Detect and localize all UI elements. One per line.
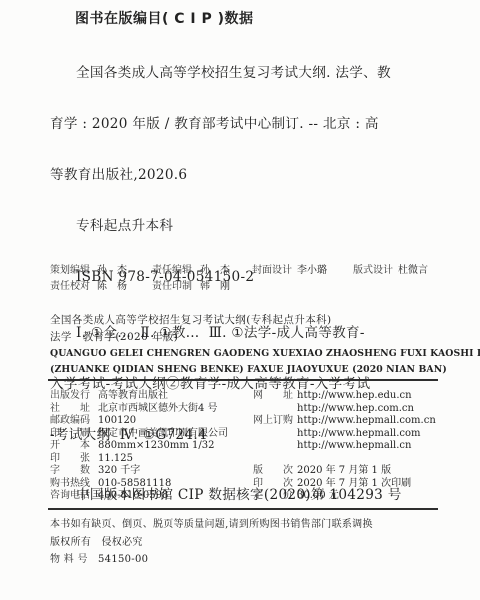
colophon-value: 100120 bbox=[98, 415, 136, 426]
colophon-row: 网上订购http://www.hepmall.com.cn bbox=[253, 415, 443, 428]
book-copyright-page: 图书在版编目( C I P )数据 全国各类成人高等学校招生复习考试大纲. 法学… bbox=[0, 0, 480, 600]
credit-name: 孙 杰 bbox=[200, 261, 230, 276]
colophon-value: 高等教育出版社 bbox=[98, 390, 168, 401]
colophon-row: 出版发行高等教育出版社 bbox=[50, 390, 250, 403]
cip-header: 图书在版编目( C I P )数据 bbox=[75, 8, 254, 28]
credit-label: 责任印制 bbox=[152, 277, 192, 292]
colophon-label: 咨询电话 bbox=[50, 490, 96, 503]
colophon-value: 11.125 bbox=[98, 453, 133, 464]
colophon-row: 印 刷保定市中画美凯印刷有限公司 bbox=[50, 428, 250, 441]
colophon-row bbox=[253, 453, 443, 466]
colophon-value: 2020 年 7 月第 1 次印刷 bbox=[297, 478, 411, 489]
divider-top bbox=[48, 379, 438, 381]
book-subtitle-cn: 法学 教育学(2020 年版) bbox=[50, 329, 445, 346]
colophon-value: http://www.hep.edu.cn bbox=[297, 390, 412, 401]
divider-bottom bbox=[48, 508, 438, 510]
credit-name: 李小璐 bbox=[297, 261, 327, 276]
colophon-right-column: 网 址http://www.hep.edu.cn http://www.hep.… bbox=[253, 390, 443, 503]
material-number-label: 物 料 号 bbox=[50, 550, 96, 565]
editors-credits: 策划编辑 孙 杰 责任编辑 孙 杰 封面设计 李小璐 版式设计 杜微言 责任校对… bbox=[50, 261, 445, 293]
colophon-row: 版 次2020 年 7 月第 1 版 bbox=[253, 465, 443, 478]
colophon-value: 320 千字 bbox=[98, 465, 140, 476]
colophon-value: 010-58581118 bbox=[98, 478, 171, 489]
colophon-value: http://www.hep.com.cn bbox=[297, 403, 414, 414]
credit-label: 责任校对 bbox=[50, 277, 90, 292]
colophon-value: http://www.hepmall.com bbox=[297, 428, 421, 439]
colophon-label: 出版发行 bbox=[50, 390, 96, 403]
book-title-cn: 全国各类成人高等学校招生复习考试大纲(专科起点升本科) bbox=[50, 312, 445, 329]
colophon-row: 开 本880mm×1230mm 1/32 bbox=[50, 440, 250, 453]
colophon-label: 邮政编码 bbox=[50, 415, 96, 428]
colophon-value: 保定市中画美凯印刷有限公司 bbox=[98, 428, 228, 439]
credit-name: 杜微言 bbox=[398, 261, 428, 276]
colophon-label: 开 本 bbox=[50, 440, 96, 453]
book-title-block: 全国各类成人高等学校招生复习考试大纲(专科起点升本科) 法学 教育学(2020 … bbox=[50, 312, 445, 377]
cip-line: 专科起点升本科 bbox=[50, 218, 438, 235]
colophon-label: 字 数 bbox=[50, 465, 96, 478]
colophon-value: http://www.hepmall.cn bbox=[297, 440, 411, 451]
colophon-row: 定 价30.00 元 bbox=[253, 490, 443, 503]
colophon-value: 北京市西城区德外大街4 号 bbox=[98, 403, 218, 414]
colophon-row: 印 张11.125 bbox=[50, 453, 250, 466]
colophon-label: 网 址 bbox=[253, 390, 295, 403]
colophon-row: http://www.hepmall.cn bbox=[253, 440, 443, 453]
credit-name: 韩 刚 bbox=[200, 277, 230, 292]
colophon-value: 400-810-0598 bbox=[98, 490, 168, 501]
copyright-notice: 版权所有 侵权必究 bbox=[50, 533, 143, 548]
credit-label: 责任编辑 bbox=[152, 261, 192, 276]
cip-line: 全国各类成人高等学校招生复习考试大纲. 法学、教 bbox=[50, 65, 438, 82]
colophon-label: 印 次 bbox=[253, 478, 295, 491]
credit-name: 孙 杰 bbox=[97, 261, 127, 276]
colophon-label: 购书热线 bbox=[50, 478, 96, 491]
material-number-value: 54150-00 bbox=[98, 554, 148, 565]
book-title-pinyin: QUANGUO GELEI CHENGREN GAODENG XUEXIAO Z… bbox=[50, 346, 445, 362]
colophon-value: 2020 年 7 月第 1 版 bbox=[297, 465, 391, 476]
colophon-label: 定 价 bbox=[253, 490, 295, 503]
book-subtitle-pinyin: (ZHUANKE QIDIAN SHENG BENKE) FAXUE JIAOY… bbox=[50, 362, 445, 378]
colophon-row: http://www.hep.com.cn bbox=[253, 403, 443, 416]
credit-label: 策划编辑 bbox=[50, 261, 90, 276]
colophon-row: 邮政编码100120 bbox=[50, 415, 250, 428]
cip-line: 等教育出版社,2020.6 bbox=[50, 167, 438, 184]
colophon-row: 印 次2020 年 7 月第 1 次印刷 bbox=[253, 478, 443, 491]
colophon-row: 咨询电话400-810-0598 bbox=[50, 490, 250, 503]
colophon-label: 印 刷 bbox=[50, 428, 96, 441]
colophon-value: 880mm×1230mm 1/32 bbox=[98, 440, 214, 451]
colophon-row: 网 址http://www.hep.edu.cn bbox=[253, 390, 443, 403]
colophon-label: 网上订购 bbox=[253, 415, 295, 428]
colophon-label: 版 次 bbox=[253, 465, 295, 478]
colophon-row: http://www.hepmall.com bbox=[253, 428, 443, 441]
material-number-row: 物 料 号54150-00 bbox=[50, 550, 148, 565]
colophon-left-column: 出版发行高等教育出版社 社 址北京市西城区德外大街4 号 邮政编码100120 … bbox=[50, 390, 250, 503]
credit-name: 陈 杨 bbox=[97, 277, 127, 292]
credit-label: 封面设计 bbox=[252, 261, 292, 276]
colophon-value: 30.00 元 bbox=[297, 490, 339, 501]
colophon-row: 社 址北京市西城区德外大街4 号 bbox=[50, 403, 250, 416]
quality-note: 本书如有缺页、倒页、脱页等质量问题,请到所购图书销售部门联系调换 bbox=[50, 515, 373, 530]
colophon-row: 购书热线010-58581118 bbox=[50, 478, 250, 491]
colophon-label: 印 张 bbox=[50, 453, 96, 466]
credit-label: 版式设计 bbox=[353, 261, 393, 276]
colophon-row: 字 数320 千字 bbox=[50, 465, 250, 478]
cip-line: 育学 : 2020 年版 / 教育部考试中心制订. -- 北京 : 高 bbox=[50, 116, 438, 133]
colophon-value: http://www.hepmall.com.cn bbox=[297, 415, 436, 426]
colophon-label: 社 址 bbox=[50, 403, 96, 416]
